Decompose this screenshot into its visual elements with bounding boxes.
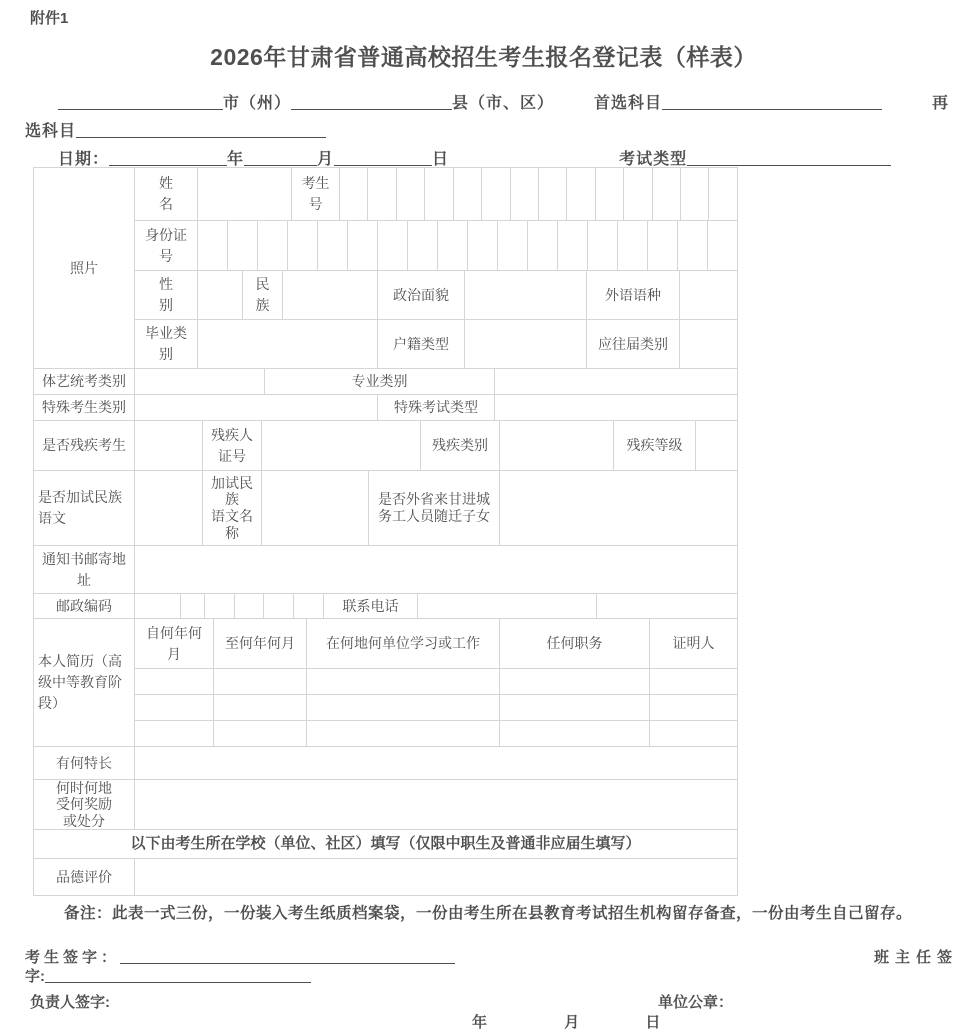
special-candidate-category-label: 特殊考生类别 xyxy=(34,395,135,421)
gender-ethnicity-row: 性 别 民 族 政治面貌 外语语种 xyxy=(135,271,738,320)
candidate-no-digit-cell[interactable] xyxy=(567,168,595,221)
ethnicity-label: 民 族 xyxy=(243,271,283,320)
exam-type-label: 考试类型 xyxy=(619,151,687,168)
disability-level-value-cell[interactable] xyxy=(696,421,738,471)
political-status-label: 政治面貌 xyxy=(378,271,465,320)
resubject-label-part1: 再 xyxy=(932,95,949,112)
postal-code-digit-cell[interactable] xyxy=(235,594,264,619)
resume-label: 本人简历（高 级中等教育阶 段） xyxy=(34,619,135,747)
special-exam-type-label: 特殊考试类型 xyxy=(378,395,495,421)
id-no-digit-cell[interactable] xyxy=(378,221,408,271)
day-label: 日 xyxy=(432,151,449,168)
signature-line-2: 字: xyxy=(25,965,311,986)
disability-level-label: 残疾等级 xyxy=(614,421,696,471)
resume-from-header: 自何年何 月 xyxy=(135,619,214,669)
grad-status-category-value-cell[interactable] xyxy=(680,320,738,369)
teacher-sign-label-part1: 班主任签 xyxy=(874,946,958,967)
city-blank-line[interactable] xyxy=(58,95,223,110)
moral-evaluation-label: 品德评价 xyxy=(34,859,135,896)
disability-cert-no-value-cell[interactable] xyxy=(262,421,421,471)
foreign-language-label: 外语语种 xyxy=(587,271,680,320)
id-no-digit-cell[interactable] xyxy=(678,221,708,271)
footer-year-label: 年 xyxy=(472,1011,487,1032)
resubject-blank-line[interactable] xyxy=(76,123,326,138)
id-no-digit-cell[interactable] xyxy=(618,221,648,271)
id-no-digit-cell[interactable] xyxy=(648,221,678,271)
postal-code-digit-cell[interactable] xyxy=(135,594,181,619)
minority-lang-test-value-cell[interactable] xyxy=(135,471,203,546)
political-status-value-cell[interactable] xyxy=(465,271,587,320)
candidate-no-digit-cell[interactable] xyxy=(340,168,368,221)
date-day-blank[interactable] xyxy=(334,151,432,166)
specialty-value-cell[interactable] xyxy=(135,747,738,780)
gender-label: 性 别 xyxy=(135,271,198,320)
page-title: 2026年甘肃省普通高校招生考生报名登记表（样表） xyxy=(0,39,967,72)
id-no-digit-cell[interactable] xyxy=(438,221,468,271)
resume-entry-row xyxy=(135,721,738,747)
id-no-digit-cell[interactable] xyxy=(198,221,228,271)
first-subject-label: 首选科目 xyxy=(594,95,662,112)
id-no-digit-cell[interactable] xyxy=(228,221,258,271)
name-candidate-no-row: 姓 名 考生 号 xyxy=(135,168,738,221)
awards-punishments-value-cell[interactable] xyxy=(135,780,738,830)
disability-row: 是否残疾考生 残疾人 证号 残疾类别 残疾等级 xyxy=(34,421,738,471)
id-no-digit-cell[interactable] xyxy=(558,221,588,271)
resume-position-cell[interactable] xyxy=(500,721,650,747)
header-line-2: 选科目 xyxy=(25,118,326,141)
header-line-3: 日期：年月日考试类型 xyxy=(25,146,891,169)
special-exam-type-value-cell[interactable] xyxy=(495,395,738,421)
resume-witness-cell[interactable] xyxy=(650,669,738,695)
postal-phone-row: 邮政编码 联系电话 xyxy=(34,594,738,619)
moral-evaluation-value-cell[interactable] xyxy=(135,859,738,896)
disability-category-value-cell[interactable] xyxy=(500,421,614,471)
disability-cert-no-label: 残疾人 证号 xyxy=(203,421,262,471)
specialty-label: 有何特长 xyxy=(34,747,135,780)
photo-row-group: 照片 姓 名 考生 号 身份证 号 性 别 民 族 政治面貌 外语语种 xyxy=(34,168,738,369)
candidate-no-digit-cell[interactable] xyxy=(709,168,737,221)
candidate-no-digit-cell[interactable] xyxy=(681,168,709,221)
year-label: 年 xyxy=(227,151,244,168)
county-suffix-label: 县（市、区） xyxy=(452,95,554,112)
name-value-cell[interactable] xyxy=(198,168,292,221)
grad-status-category-label: 应往届类别 xyxy=(587,320,680,369)
resume-entry-row xyxy=(135,669,738,695)
photo-cell: 照片 xyxy=(34,168,135,369)
id-no-digit-cell[interactable] xyxy=(468,221,498,271)
name-label: 姓 名 xyxy=(135,168,198,221)
candidate-no-digit-cell[interactable] xyxy=(397,168,425,221)
unit-seal-label: 单位公章： xyxy=(658,991,733,1012)
ethnicity-value-cell[interactable] xyxy=(283,271,378,320)
resume-to-header: 至何年何月 xyxy=(214,619,307,669)
contact-phone-label: 联系电话 xyxy=(324,594,418,619)
migrant-worker-children-label: 是否外省来甘进城 务工人员随迁子女 xyxy=(369,471,500,546)
candidate-no-digit-cell[interactable] xyxy=(624,168,652,221)
school-fill-note-row: 以下由考生所在学校（单位、社区）填写（仅限中职生及普通非应届生填写） xyxy=(34,830,738,859)
postal-code-digit-cell[interactable] xyxy=(181,594,205,619)
id-no-label: 身份证 号 xyxy=(135,221,198,271)
date-label: 日期： xyxy=(58,151,109,168)
contact-phone-value-cell[interactable] xyxy=(418,594,597,619)
id-no-digit-cell[interactable] xyxy=(498,221,528,271)
migrant-worker-children-value-cell[interactable] xyxy=(500,471,738,546)
candidate-no-digit-cell[interactable] xyxy=(596,168,624,221)
footer-date-line: 年 月 日 xyxy=(430,1011,660,1032)
candidate-no-label: 考生 号 xyxy=(292,168,340,221)
resume-row-group: 本人简历（高 级中等教育阶 段） 自何年何 月 至何年何月 在何地何单位学习或工… xyxy=(34,619,738,747)
id-no-digit-cell[interactable] xyxy=(318,221,348,271)
footer-day-label: 日 xyxy=(645,1011,660,1032)
resume-from-cell[interactable] xyxy=(135,695,214,721)
is-disabled-candidate-label: 是否残疾考生 xyxy=(34,421,135,471)
resume-to-cell[interactable] xyxy=(214,695,307,721)
moral-evaluation-row: 品德评价 xyxy=(34,859,738,896)
resume-witness-header: 证明人 xyxy=(650,619,738,669)
pe-art-exam-category-label: 体艺统考类别 xyxy=(34,369,135,395)
city-suffix-label: 市（州） xyxy=(223,95,291,112)
awards-punishments-label: 何时何地 受何奖励 或处分 xyxy=(34,780,135,830)
first-subject-blank-line[interactable] xyxy=(662,95,882,110)
awards-row: 何时何地 受何奖励 或处分 xyxy=(34,780,738,830)
month-label: 月 xyxy=(317,151,334,168)
graduation-category-value-cell[interactable] xyxy=(198,320,378,369)
foreign-language-value-cell[interactable] xyxy=(680,271,738,320)
resume-header-row: 自何年何 月 至何年何月 在何地何单位学习或工作 任何职务 证明人 xyxy=(135,619,738,669)
registration-table: 照片 姓 名 考生 号 身份证 号 性 别 民 族 政治面貌 外语语种 xyxy=(33,167,738,896)
candidate-sign-label: 考生签字： xyxy=(25,949,120,966)
id-no-digit-cell[interactable] xyxy=(288,221,318,271)
teacher-sign-label-part2: 字: xyxy=(25,968,45,985)
resume-position-header: 任何职务 xyxy=(500,619,650,669)
minority-lang-test-label: 是否加试民族 语文 xyxy=(34,471,135,546)
candidate-no-digit-cell[interactable] xyxy=(653,168,681,221)
signature-line-1: 考生签字： 班主任签 xyxy=(25,946,958,967)
candidate-no-digit-cell[interactable] xyxy=(454,168,482,221)
candidate-no-digit-cell[interactable] xyxy=(482,168,510,221)
minority-lang-name-value-cell[interactable] xyxy=(262,471,369,546)
resume-witness-cell[interactable] xyxy=(650,695,738,721)
candidate-sign-blank[interactable] xyxy=(120,949,455,964)
pe-art-exam-category-value-cell[interactable] xyxy=(135,369,265,395)
id-no-digit-cell[interactable] xyxy=(528,221,558,271)
resume-to-cell[interactable] xyxy=(214,669,307,695)
postal-code-digit-cell[interactable] xyxy=(294,594,324,619)
id-no-row: 身份证 号 xyxy=(135,221,738,271)
resubject-label-part2: 选科目 xyxy=(25,123,76,140)
candidate-no-digit-cell[interactable] xyxy=(539,168,567,221)
postal-code-digit-cell[interactable] xyxy=(205,594,235,619)
minority-lang-name-label: 加试民 族 语文名 称 xyxy=(203,471,262,546)
specialty-row: 有何特长 xyxy=(34,747,738,780)
household-type-label: 户籍类型 xyxy=(378,320,465,369)
candidate-no-digit-cell[interactable] xyxy=(511,168,539,221)
id-no-digit-cell[interactable] xyxy=(408,221,438,271)
mailing-address-value-cell[interactable] xyxy=(135,546,738,594)
responsible-sign-label: 负责人签字: xyxy=(30,991,110,1012)
remark-note: 备注：此表一式三份，一份装入考生纸质档案袋，一份由考生所在县教育考试招生机构留存… xyxy=(64,901,912,923)
date-month-blank[interactable] xyxy=(244,151,317,166)
contact-phone-extra-cell[interactable] xyxy=(597,594,738,619)
pe-art-row: 体艺统考类别 专业类别 xyxy=(34,369,738,395)
gender-value-cell[interactable] xyxy=(198,271,243,320)
graduation-row: 毕业类 别 户籍类型 应往届类别 xyxy=(135,320,738,369)
minority-language-row: 是否加试民族 语文 加试民 族 语文名 称 是否外省来甘进城 务工人员随迁子女 xyxy=(34,471,738,546)
graduation-category-label: 毕业类 别 xyxy=(135,320,198,369)
resume-where-header: 在何地何单位学习或工作 xyxy=(307,619,500,669)
candidate-sign-group: 考生签字： xyxy=(25,946,455,967)
exam-type-blank-line[interactable] xyxy=(687,151,891,166)
disability-category-label: 残疾类别 xyxy=(421,421,500,471)
school-fill-note: 以下由考生所在学校（单位、社区）填写（仅限中职生及普通非应届生填写） xyxy=(34,830,738,859)
resume-position-cell[interactable] xyxy=(500,695,650,721)
resume-entry-row xyxy=(135,695,738,721)
special-candidate-category-value-cell[interactable] xyxy=(135,395,378,421)
resume-to-cell[interactable] xyxy=(214,721,307,747)
resume-from-cell[interactable] xyxy=(135,669,214,695)
county-blank-line[interactable] xyxy=(291,95,452,110)
id-no-digit-cell[interactable] xyxy=(708,221,738,271)
id-no-digit-cell[interactable] xyxy=(588,221,618,271)
household-type-value-cell[interactable] xyxy=(465,320,587,369)
resume-position-cell[interactable] xyxy=(500,669,650,695)
major-category-value-cell[interactable] xyxy=(495,369,738,395)
resume-where-cell[interactable] xyxy=(307,669,500,695)
header-line-1: 市（州）县（市、区）首选科目再 xyxy=(25,90,949,113)
resume-where-cell[interactable] xyxy=(307,695,500,721)
mailing-address-row: 通知书邮寄地 址 xyxy=(34,546,738,594)
candidate-no-digit-cell[interactable] xyxy=(425,168,453,221)
teacher-sign-blank[interactable] xyxy=(45,968,311,983)
postal-code-digit-cell[interactable] xyxy=(264,594,294,619)
footer-month-label: 月 xyxy=(564,1011,579,1032)
resume-where-cell[interactable] xyxy=(307,721,500,747)
is-disabled-value-cell[interactable] xyxy=(135,421,203,471)
major-category-label: 专业类别 xyxy=(265,369,495,395)
resume-witness-cell[interactable] xyxy=(650,721,738,747)
id-no-digit-cell[interactable] xyxy=(348,221,378,271)
candidate-no-digit-cell[interactable] xyxy=(368,168,396,221)
date-year-blank[interactable] xyxy=(109,151,227,166)
postal-code-label: 邮政编码 xyxy=(34,594,135,619)
attachment-label: 附件1 xyxy=(30,7,68,28)
resume-from-cell[interactable] xyxy=(135,721,214,747)
special-candidate-row: 特殊考生类别 特殊考试类型 xyxy=(34,395,738,421)
mailing-address-label: 通知书邮寄地 址 xyxy=(34,546,135,594)
id-no-digit-cell[interactable] xyxy=(258,221,288,271)
